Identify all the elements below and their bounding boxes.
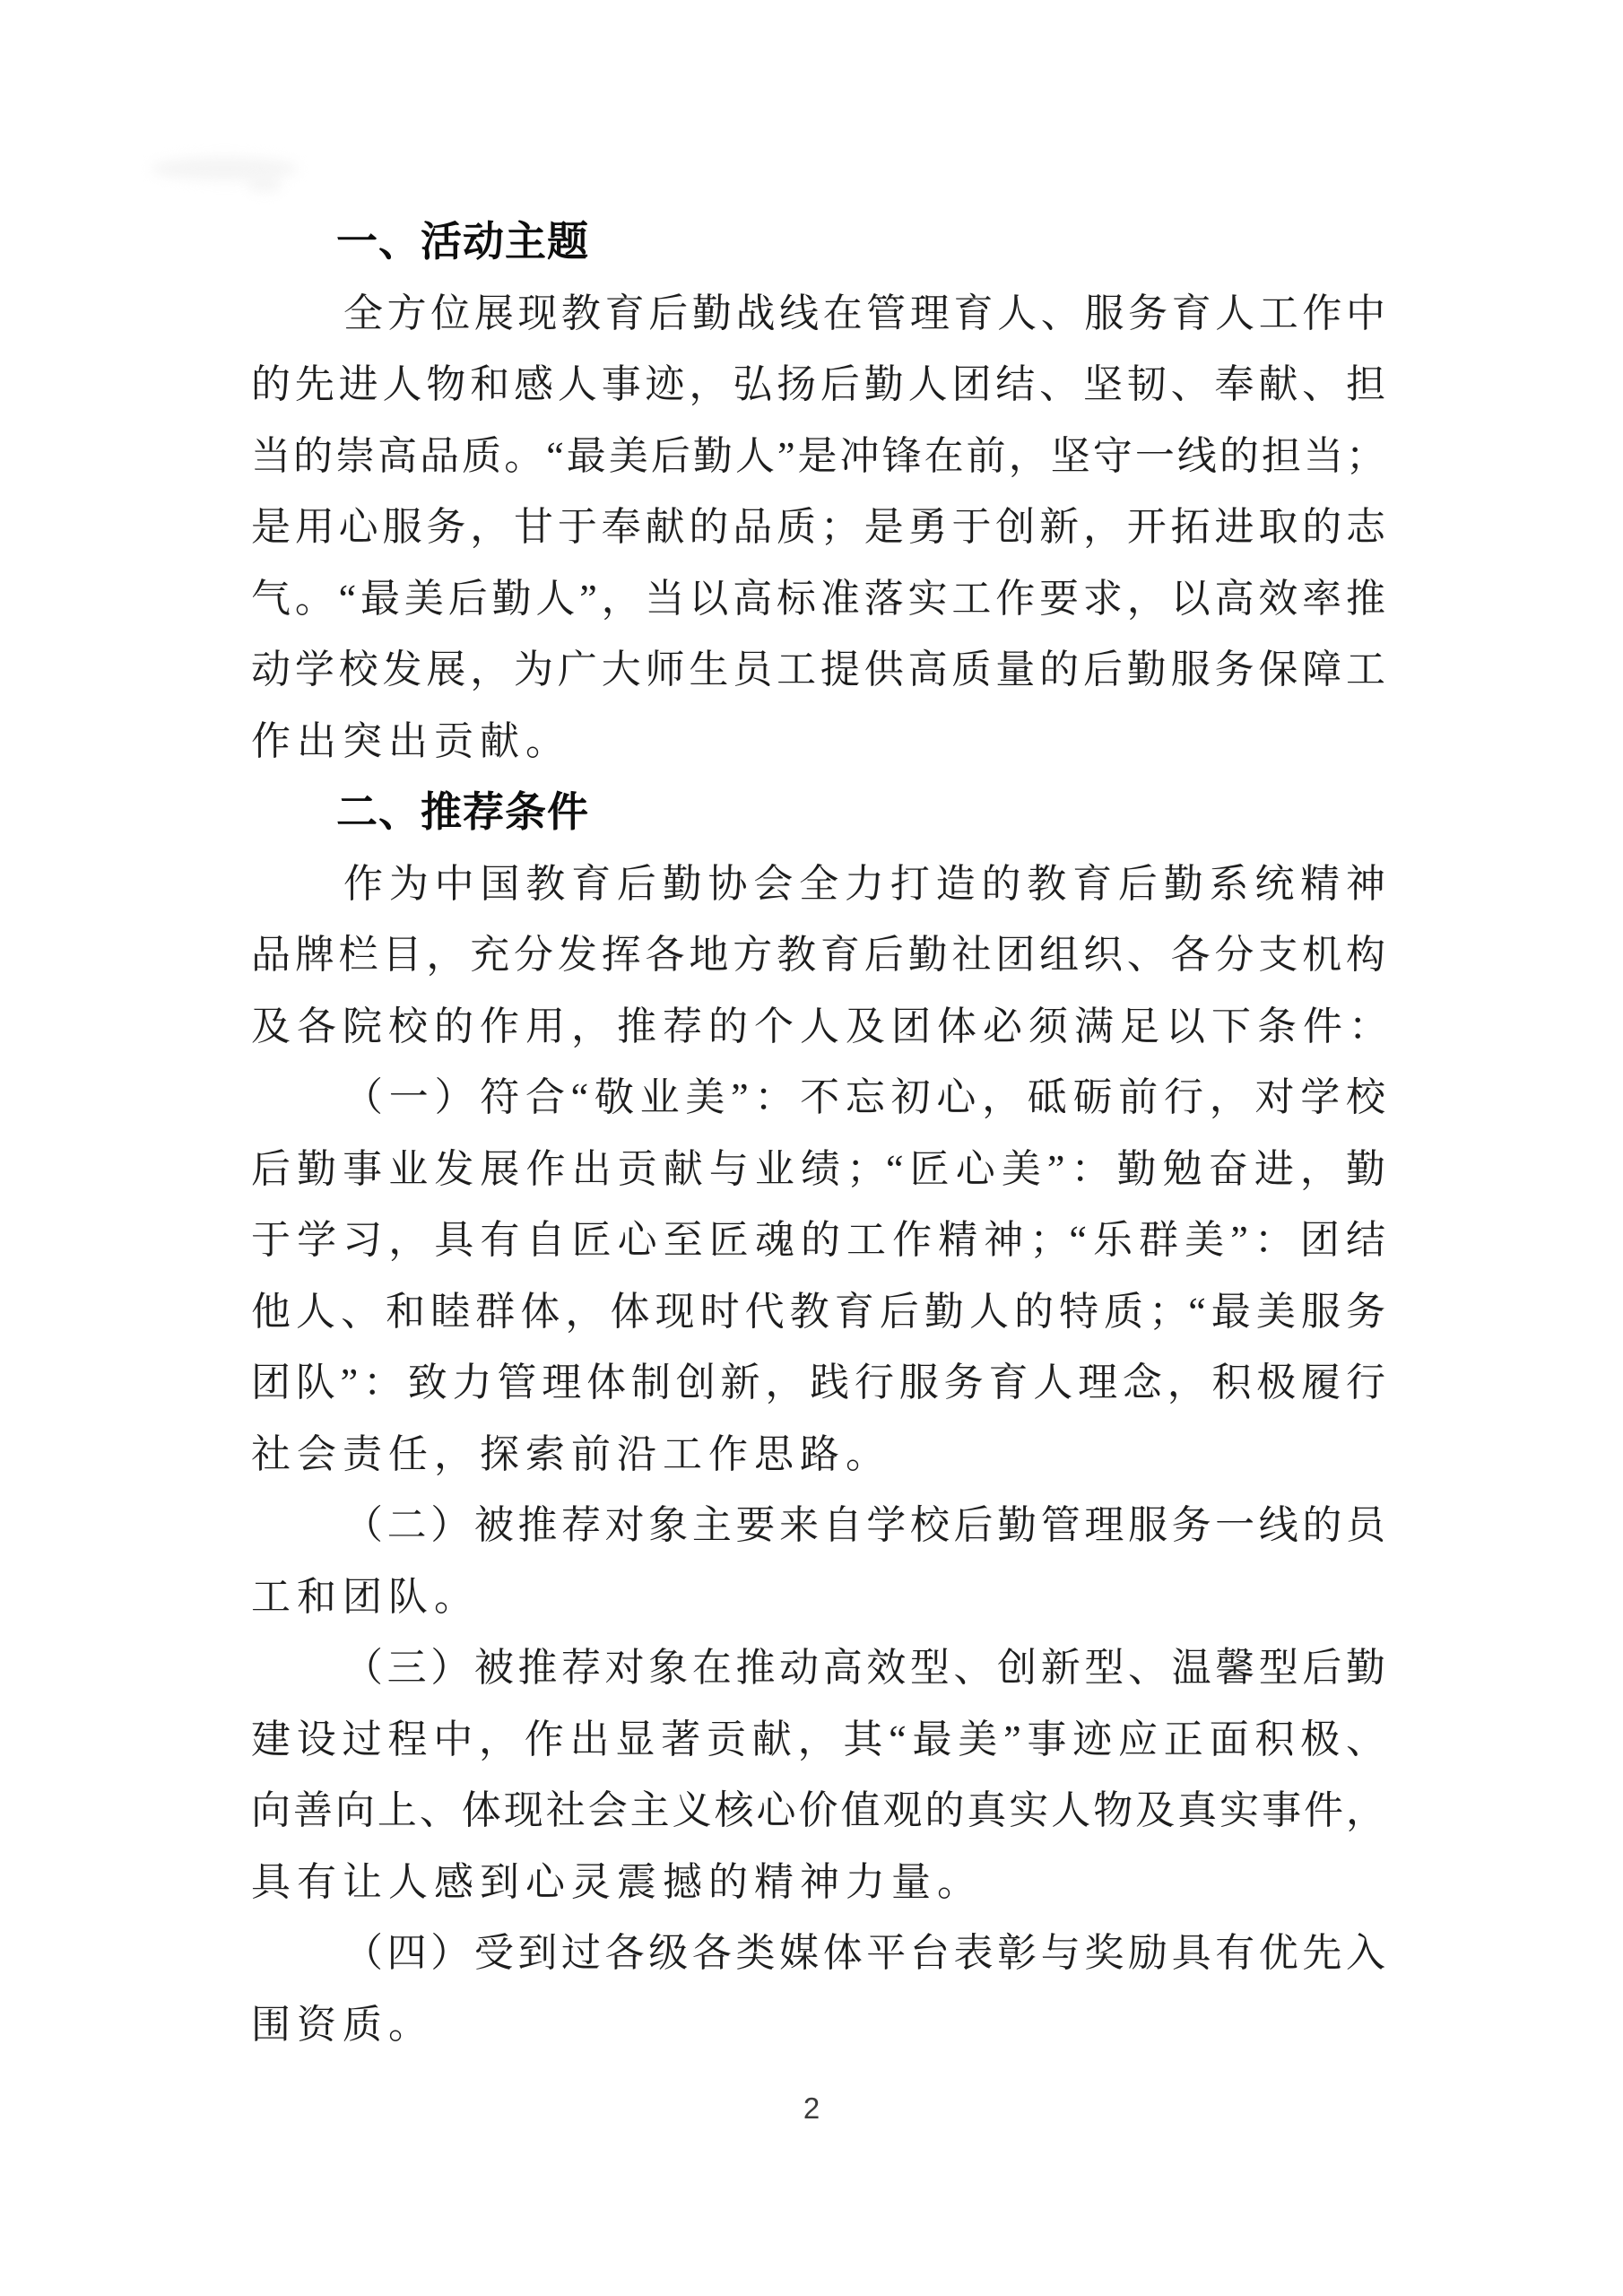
scan-smudge [247,178,282,192]
document-page: 一、活动主题全方位展现教育后勤战线在管理育人、服务育人工作中的先进人物和感人事迹… [0,0,1623,2296]
text-line: 于学习，具有自匠心至匠魂的工作精神；“乐群美”：团结 [251,1205,1385,1276]
text-line: 建设过程中，作出显著贡献，其“最美”事迹应正面积极、 [251,1704,1385,1776]
text-line: 社会责任，探索前沿工作思路。 [251,1419,1385,1491]
text-line: （四）受到过各级各类媒体平台表彰与奖励具有优先入 [251,1918,1385,1989]
document-text: 一、活动主题全方位展现教育后勤战线在管理育人、服务育人工作中的先进人物和感人事迹… [251,206,1385,2060]
text-line: （二）被推荐对象主要来自学校后勤管理服务一线的员 [251,1490,1385,1561]
text-line: 气。“最美后勤人”，当以高标准落实工作要求，以高效率推 [251,563,1385,635]
text-line: 品牌栏目，充分发挥各地方教育后勤社团组织、各分支机构 [251,919,1385,991]
text-line: 围资质。 [251,1989,1385,2061]
text-line: 是用心服务，甘于奉献的品质；是勇于创新，开拓进取的志 [251,491,1385,563]
text-line: （一）符合“敬业美”：不忘初心，砥砺前行，对学校 [251,1062,1385,1134]
section-heading: 二、推荐条件 [251,777,1385,848]
text-line: 后勤事业发展作出贡献与业绩；“匠心美”：勤勉奋进，勤 [251,1134,1385,1205]
text-line: 向善向上、体现社会主义核心价值观的真实人物及真实事件， [251,1775,1385,1847]
section-heading: 一、活动主题 [251,206,1385,278]
text-line: 动学校发展，为广大师生员工提供高质量的后勤服务保障工 [251,634,1385,706]
text-line: 具有让人感到心灵震撼的精神力量。 [251,1847,1385,1918]
text-line: 作出突出贡献。 [251,706,1385,778]
scan-smudge [151,157,299,180]
text-line: 的先进人物和感人事迹，弘扬后勤人团结、坚韧、奉献、担 [251,349,1385,421]
text-line: 全方位展现教育后勤战线在管理育人、服务育人工作中 [251,278,1385,350]
text-line: 工和团队。 [251,1561,1385,1633]
page-number: 2 [0,2092,1623,2126]
text-line: 当的崇高品质。“最美后勤人”是冲锋在前，坚守一线的担当； [251,421,1385,492]
text-line: 作为中国教育后勤协会全力打造的教育后勤系统精神 [251,848,1385,920]
text-line: （三）被推荐对象在推动高效型、创新型、温馨型后勤 [251,1632,1385,1704]
text-line: 他人、和睦群体，体现时代教育后勤人的特质；“最美服务 [251,1276,1385,1348]
text-line: 及各院校的作用，推荐的个人及团体必须满足以下条件： [251,991,1385,1063]
text-line: 团队”：致力管理体制创新，践行服务育人理念，积极履行 [251,1347,1385,1419]
